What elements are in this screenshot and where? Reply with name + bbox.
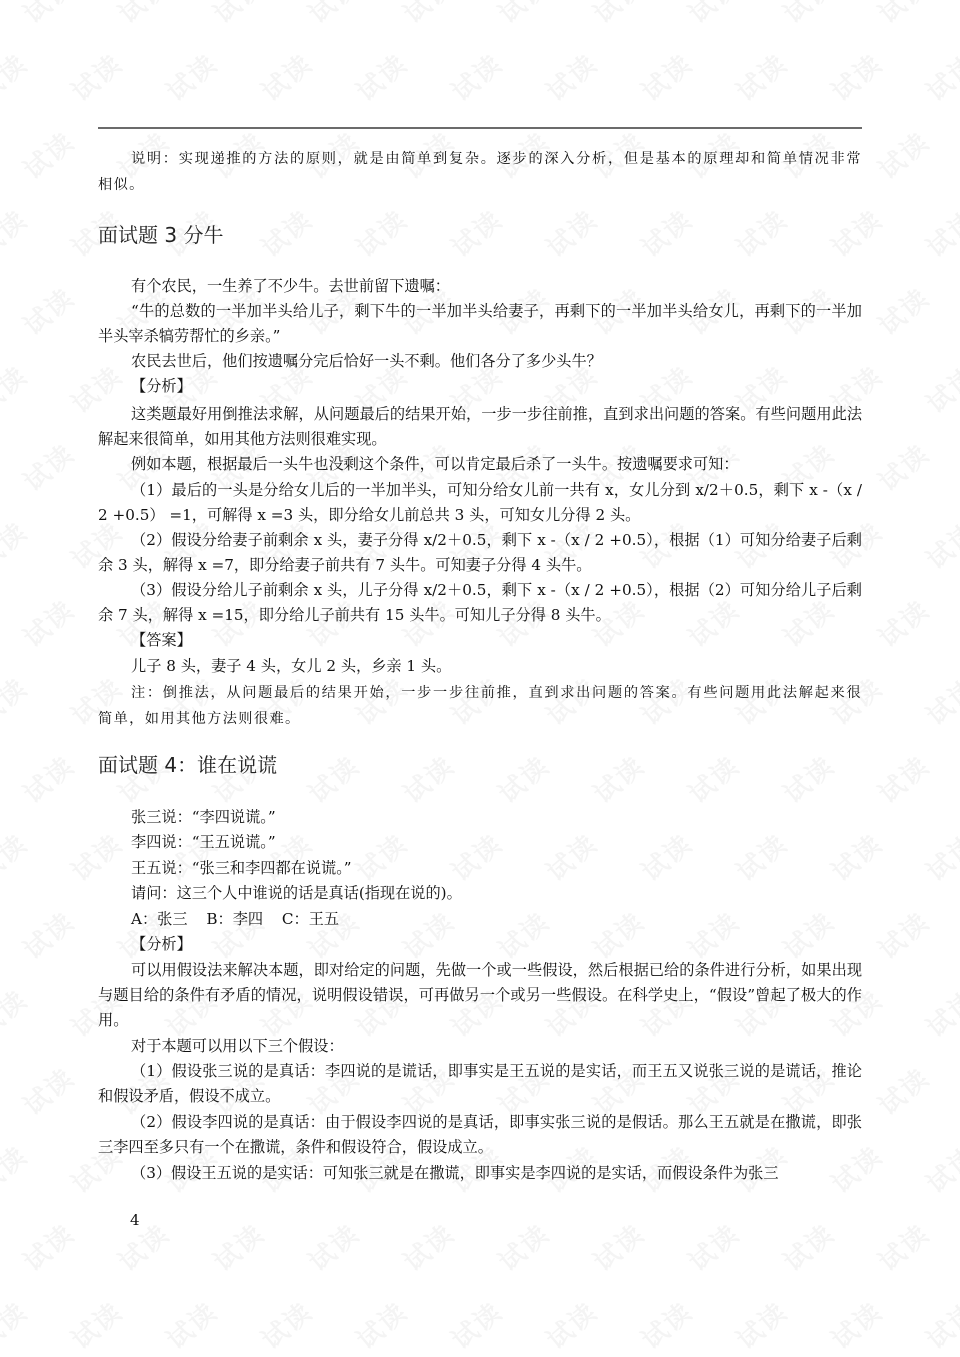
watermark-text: 试读: [870, 1058, 937, 1122]
watermark-text: 试读: [918, 44, 960, 108]
watermark-text: 试读: [15, 434, 82, 498]
watermark-text: 试读: [110, 1214, 177, 1278]
watermark-text: 试读: [253, 1292, 320, 1356]
watermark-text: 试读: [728, 1292, 795, 1356]
watermark-text: 试读: [633, 1292, 700, 1356]
watermark-text: 试读: [348, 44, 415, 108]
watermark-text: 试读: [0, 356, 34, 420]
watermark-text: 试读: [870, 1214, 937, 1278]
watermark-text: 试读: [15, 1214, 82, 1278]
q4-statement-wangwu: 王五说：“张三和李四都在说谎。”: [98, 856, 862, 881]
watermark-text: 试读: [870, 902, 937, 966]
watermark-text: 试读: [63, 1292, 130, 1356]
watermark-text: 试读: [918, 512, 960, 576]
question-3-title: 面试题 3 分牛: [98, 221, 223, 249]
watermark-text: 试读: [823, 200, 890, 264]
watermark-text: 试读: [823, 1292, 890, 1356]
watermark-text: 试读: [300, 0, 367, 31]
q3-step-2: （2）假设分给妻子前剩余 x 头，妻子分得 x/2＋0.5，剩下 x -（x /…: [98, 528, 862, 578]
watermark-text: 试读: [490, 0, 557, 31]
watermark-text: 试读: [0, 980, 34, 1044]
watermark-text: 试读: [110, 0, 177, 31]
watermark-text: 试读: [15, 590, 82, 654]
watermark-text: 试读: [443, 44, 510, 108]
watermark-text: 试读: [538, 1292, 605, 1356]
q4-statement-zhangsan: 张三说：“李四说谎。”: [98, 805, 862, 830]
watermark-text: 试读: [395, 0, 462, 31]
watermark-text: 试读: [775, 746, 842, 810]
intro-note: 说明：实现递推的方法的原则，就是由简单到复杂。逐步的深入分析，但是基本的原理却和…: [98, 146, 862, 198]
question-4-title: 面试题 4：谁在说谎: [98, 751, 277, 779]
watermark-text: 试读: [0, 200, 34, 264]
q4-hypothesis-1: （1）假设张三说的是真话：李四说的是谎话，即事实是王五说的是实话，而王五又说张三…: [98, 1059, 862, 1109]
q4-hypothesis-2: （2）假设李四说的是真话：由于假设李四说的是真话，即事实张三说的是假话。那么王五…: [98, 1110, 862, 1160]
q4-hypotheses-intro: 对于本题可以用以下三个假设：: [98, 1034, 862, 1059]
watermark-text: 试读: [918, 1292, 960, 1356]
watermark-text: 试读: [633, 44, 700, 108]
watermark-text: 试读: [15, 1058, 82, 1122]
q3-step-1: （1）最后的一头是分给女儿后的一半加半头，可知分给女儿前一共有 x，女儿分到 x…: [98, 478, 862, 528]
watermark-text: 试读: [918, 824, 960, 888]
watermark-text: 试读: [63, 44, 130, 108]
watermark-text: 试读: [253, 44, 320, 108]
watermark-text: 试读: [300, 1214, 367, 1278]
header-rule: [98, 127, 862, 129]
watermark-text: 试读: [918, 356, 960, 420]
watermark-text: 试读: [348, 1292, 415, 1356]
watermark-text: 试读: [918, 1136, 960, 1200]
q4-option-a: A：张三: [131, 910, 188, 928]
watermark-text: 试读: [585, 0, 652, 31]
watermark-text: 试读: [870, 434, 937, 498]
watermark-text: 试读: [395, 1214, 462, 1278]
watermark-text: 试读: [585, 1214, 652, 1278]
watermark-text: 试读: [870, 122, 937, 186]
watermark-text: 试读: [538, 44, 605, 108]
q4-option-b: B：李四: [206, 910, 263, 928]
watermark-text: 试读: [205, 0, 272, 31]
watermark-text: 试读: [205, 1214, 272, 1278]
q3-answer-text: 儿子 8 头，妻子 4 头，女儿 2 头，乡亲 1 头。: [98, 654, 862, 679]
q3-analysis-example: 例如本题，根据最后一头牛也没剩这个条件，可以肯定最后杀了一头牛。按遗嘱要求可知：: [98, 452, 862, 477]
watermark-text: 试读: [253, 200, 320, 264]
watermark-text: 试读: [0, 824, 34, 888]
q4-analysis-label: 【分析】: [98, 932, 862, 957]
q4-options: A：张三 B：李四 C：王五: [98, 907, 862, 932]
watermark-text: 试读: [728, 44, 795, 108]
q3-analysis-text: 这类题最好用倒推法求解，从问题最后的结果开始，一步一步往前推，直到求出问题的答案…: [98, 402, 862, 452]
q3-step-3: （3）假设分给儿子前剩余 x 头，儿子分得 x/2＋0.5，剩下 x -（x /…: [98, 578, 862, 628]
q3-analysis-label: 【分析】: [98, 374, 862, 399]
watermark-text: 试读: [870, 590, 937, 654]
q3-answer-label: 【答案】: [98, 628, 862, 653]
watermark-text: 试读: [0, 668, 34, 732]
watermark-text: 试读: [538, 200, 605, 264]
watermark-text: 试读: [0, 1136, 34, 1200]
watermark-text: 试读: [728, 200, 795, 264]
watermark-text: 试读: [870, 746, 937, 810]
watermark-text: 试读: [490, 1214, 557, 1278]
watermark-text: 试读: [490, 746, 557, 810]
watermark-text: 试读: [158, 1292, 225, 1356]
q3-will-quote: “牛的总数的一半加半头给儿子，剩下牛的一半加半头给妻子，再剩下的一半加半头给女儿…: [98, 299, 862, 349]
watermark-text: 试读: [395, 746, 462, 810]
watermark-text: 试读: [918, 668, 960, 732]
watermark-text: 试读: [918, 980, 960, 1044]
watermark-text: 试读: [15, 0, 82, 31]
watermark-text: 试读: [870, 278, 937, 342]
watermark-text: 试读: [300, 746, 367, 810]
watermark-text: 试读: [443, 200, 510, 264]
q3-note: 注：倒推法，从问题最后的结果开始，一步一步往前推，直到求出问题的答案。有些问题用…: [98, 680, 862, 732]
watermark-text: 试读: [680, 746, 747, 810]
watermark-text: 试读: [775, 0, 842, 31]
watermark-text: 试读: [585, 746, 652, 810]
watermark-text: 试读: [15, 746, 82, 810]
page-number: 4: [130, 1210, 140, 1230]
watermark-text: 试读: [823, 44, 890, 108]
watermark-text: 试读: [918, 200, 960, 264]
q3-paragraph: 有个农民，一生养了不少牛。去世前留下遗嘱：: [98, 274, 862, 299]
watermark-text: 试读: [15, 278, 82, 342]
watermark-text: 试读: [870, 0, 937, 31]
watermark-text: 试读: [15, 122, 82, 186]
watermark-text: 试读: [680, 0, 747, 31]
watermark-text: 试读: [0, 1292, 34, 1356]
q4-option-c: C：王五: [282, 910, 339, 928]
q3-question: 农民去世后，他们按遗嘱分完后恰好一头不剩。他们各分了多少头牛？: [98, 349, 862, 374]
watermark-text: 试读: [15, 902, 82, 966]
watermark-text: 试读: [0, 512, 34, 576]
q4-analysis-text: 可以用假设法来解决本题，即对给定的问题，先做一个或一些假设，然后根据已给的条件进…: [98, 958, 862, 1033]
watermark-text: 试读: [633, 200, 700, 264]
q4-statement-lisi: 李四说：“王五说谎。”: [98, 830, 862, 855]
watermark-text: 试读: [443, 1292, 510, 1356]
watermark-text: 试读: [680, 1214, 747, 1278]
watermark-text: 试读: [775, 1214, 842, 1278]
q4-question: 请问：这三个人中谁说的话是真话(指现在说的)。: [98, 881, 862, 906]
q4-hypothesis-3: （3）假设王五说的是实话：可知张三就是在撒谎，即事实是李四说的是实话，而假设条件…: [98, 1161, 862, 1186]
watermark-text: 试读: [0, 44, 34, 108]
watermark-text: 试读: [348, 200, 415, 264]
watermark-text: 试读: [158, 44, 225, 108]
